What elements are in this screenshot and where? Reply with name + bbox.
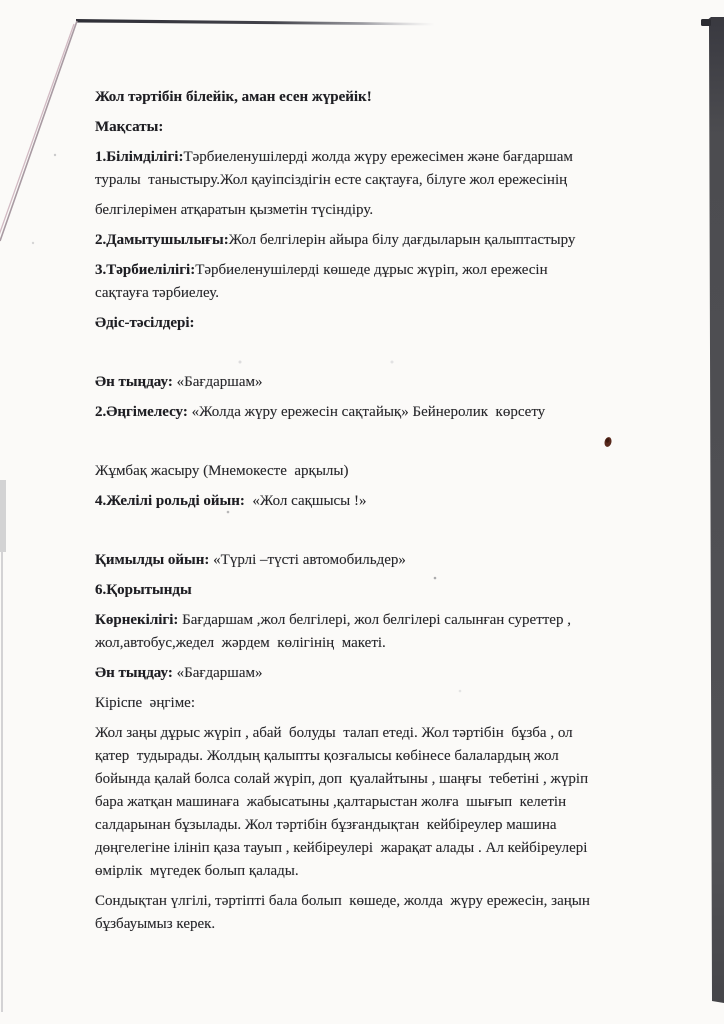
- text-run: «Бағдаршам»: [173, 665, 263, 681]
- objective-educational-continued: белгілерімен атқаратын қызметін түсіндір…: [95, 199, 679, 222]
- riddle-item: Жұмбақ жасыру (Мнемокесте арқылы): [95, 460, 679, 483]
- conversation-item: 2.Әңгімелесу: «Жолда жүру ережесін сақта…: [95, 401, 679, 424]
- bold-run: Жол тәртібін білейік, аман есен жүрейік!: [95, 89, 372, 105]
- document-body: Жол тәртібін білейік, аман есен жүрейік!…: [95, 86, 679, 936]
- left-edge-faint-line: [1, 552, 3, 1012]
- page-diagonal-edge-line: [0, 21, 77, 241]
- page-diagonal-edge-highlight: [0, 24, 74, 238]
- goal-heading: Мақсаты:: [95, 116, 679, 139]
- text-run: «Бағдаршам»: [173, 374, 263, 390]
- conclusion-heading: 6.Қорытынды: [95, 579, 679, 602]
- bold-run: 2.Әңгімелесу:: [95, 404, 188, 420]
- objective-developmental: 2.Дамытушылығы:Жол белгілерін айыра білу…: [95, 229, 679, 252]
- text-run: Жол заңы дұрыс жүріп , абай болуды талап…: [95, 725, 588, 879]
- text-run: Жұмбақ жасыру (Мнемокесте арқылы): [95, 463, 348, 479]
- bold-run: 1.Білімділігі:: [95, 149, 183, 165]
- objective-upbringing: 3.Тәрбиелілігі:Тәрбиеленушілерді көшеде …: [95, 259, 679, 305]
- bold-run: 4.Желілі рольді ойын:: [95, 493, 245, 509]
- scanner-band-top-nub: [701, 19, 711, 26]
- bold-run: Қимылды ойын:: [95, 552, 209, 568]
- bold-run: Ән тыңдау:: [95, 374, 173, 390]
- bold-run: Әдіс-тәсілдері:: [95, 315, 195, 331]
- scan-speck: [54, 154, 56, 156]
- scan-speck: [32, 242, 34, 244]
- song-listening-2: Ән тыңдау: «Бағдаршам»: [95, 662, 679, 685]
- bold-run: Мақсаты:: [95, 119, 163, 135]
- methods-heading: Әдіс-тәсілдері:: [95, 312, 679, 335]
- document-title: Жол тәртібін білейік, аман есен жүрейік!: [95, 86, 679, 109]
- left-edge-smudge: [0, 480, 6, 552]
- bold-run: 2.Дамытушылығы:: [95, 232, 229, 248]
- objective-educational: 1.Білімділігі:Тәрбиеленушілерді жолда жү…: [95, 146, 679, 192]
- bold-run: 3.Тәрбиелілігі:: [95, 262, 195, 278]
- action-game-item: Қимылды ойын: «Түрлі –түсті автомобильде…: [95, 549, 679, 572]
- text-run: «Түрлі –түсті автомобильдер»: [209, 552, 406, 568]
- role-play-game-item: 4.Желілі рольді ойын: «Жол сақшысы !»: [95, 490, 679, 513]
- page-top-edge-line: [76, 19, 435, 26]
- main-paragraph: Жол заңы дұрыс жүріп , абай болуды талап…: [95, 722, 679, 883]
- text-run: «Жол сақшысы !»: [245, 493, 367, 509]
- text-run: Жол белгілерін айыра білу дағдыларын қал…: [229, 232, 576, 248]
- text-run: белгілерімен атқаратын қызметін түсіндір…: [95, 202, 373, 218]
- visual-aids: Көрнекілігі: Бағдаршам ,жол белгілері, ж…: [95, 609, 679, 655]
- scanner-right-band: [706, 17, 724, 1003]
- closing-paragraph: Сондықтан үлгілі, тәртіпті бала болып кө…: [95, 890, 679, 936]
- scanned-document-page: Жол тәртібін білейік, аман есен жүрейік!…: [0, 0, 724, 1024]
- text-run: Кіріспе әңгіме:: [95, 695, 195, 711]
- bold-run: Көрнекілігі:: [95, 612, 178, 628]
- bold-run: Ән тыңдау:: [95, 665, 173, 681]
- bold-run: 6.Қорытынды: [95, 582, 192, 598]
- text-run: «Жолда жүру ережесін сақтайық» Бейнероли…: [188, 404, 545, 420]
- text-run: Сондықтан үлгілі, тәртіпті бала болып кө…: [95, 893, 590, 932]
- song-listening: Ән тыңдау: «Бағдаршам»: [95, 371, 679, 394]
- intro-talk-label: Кіріспе әңгіме:: [95, 692, 679, 715]
